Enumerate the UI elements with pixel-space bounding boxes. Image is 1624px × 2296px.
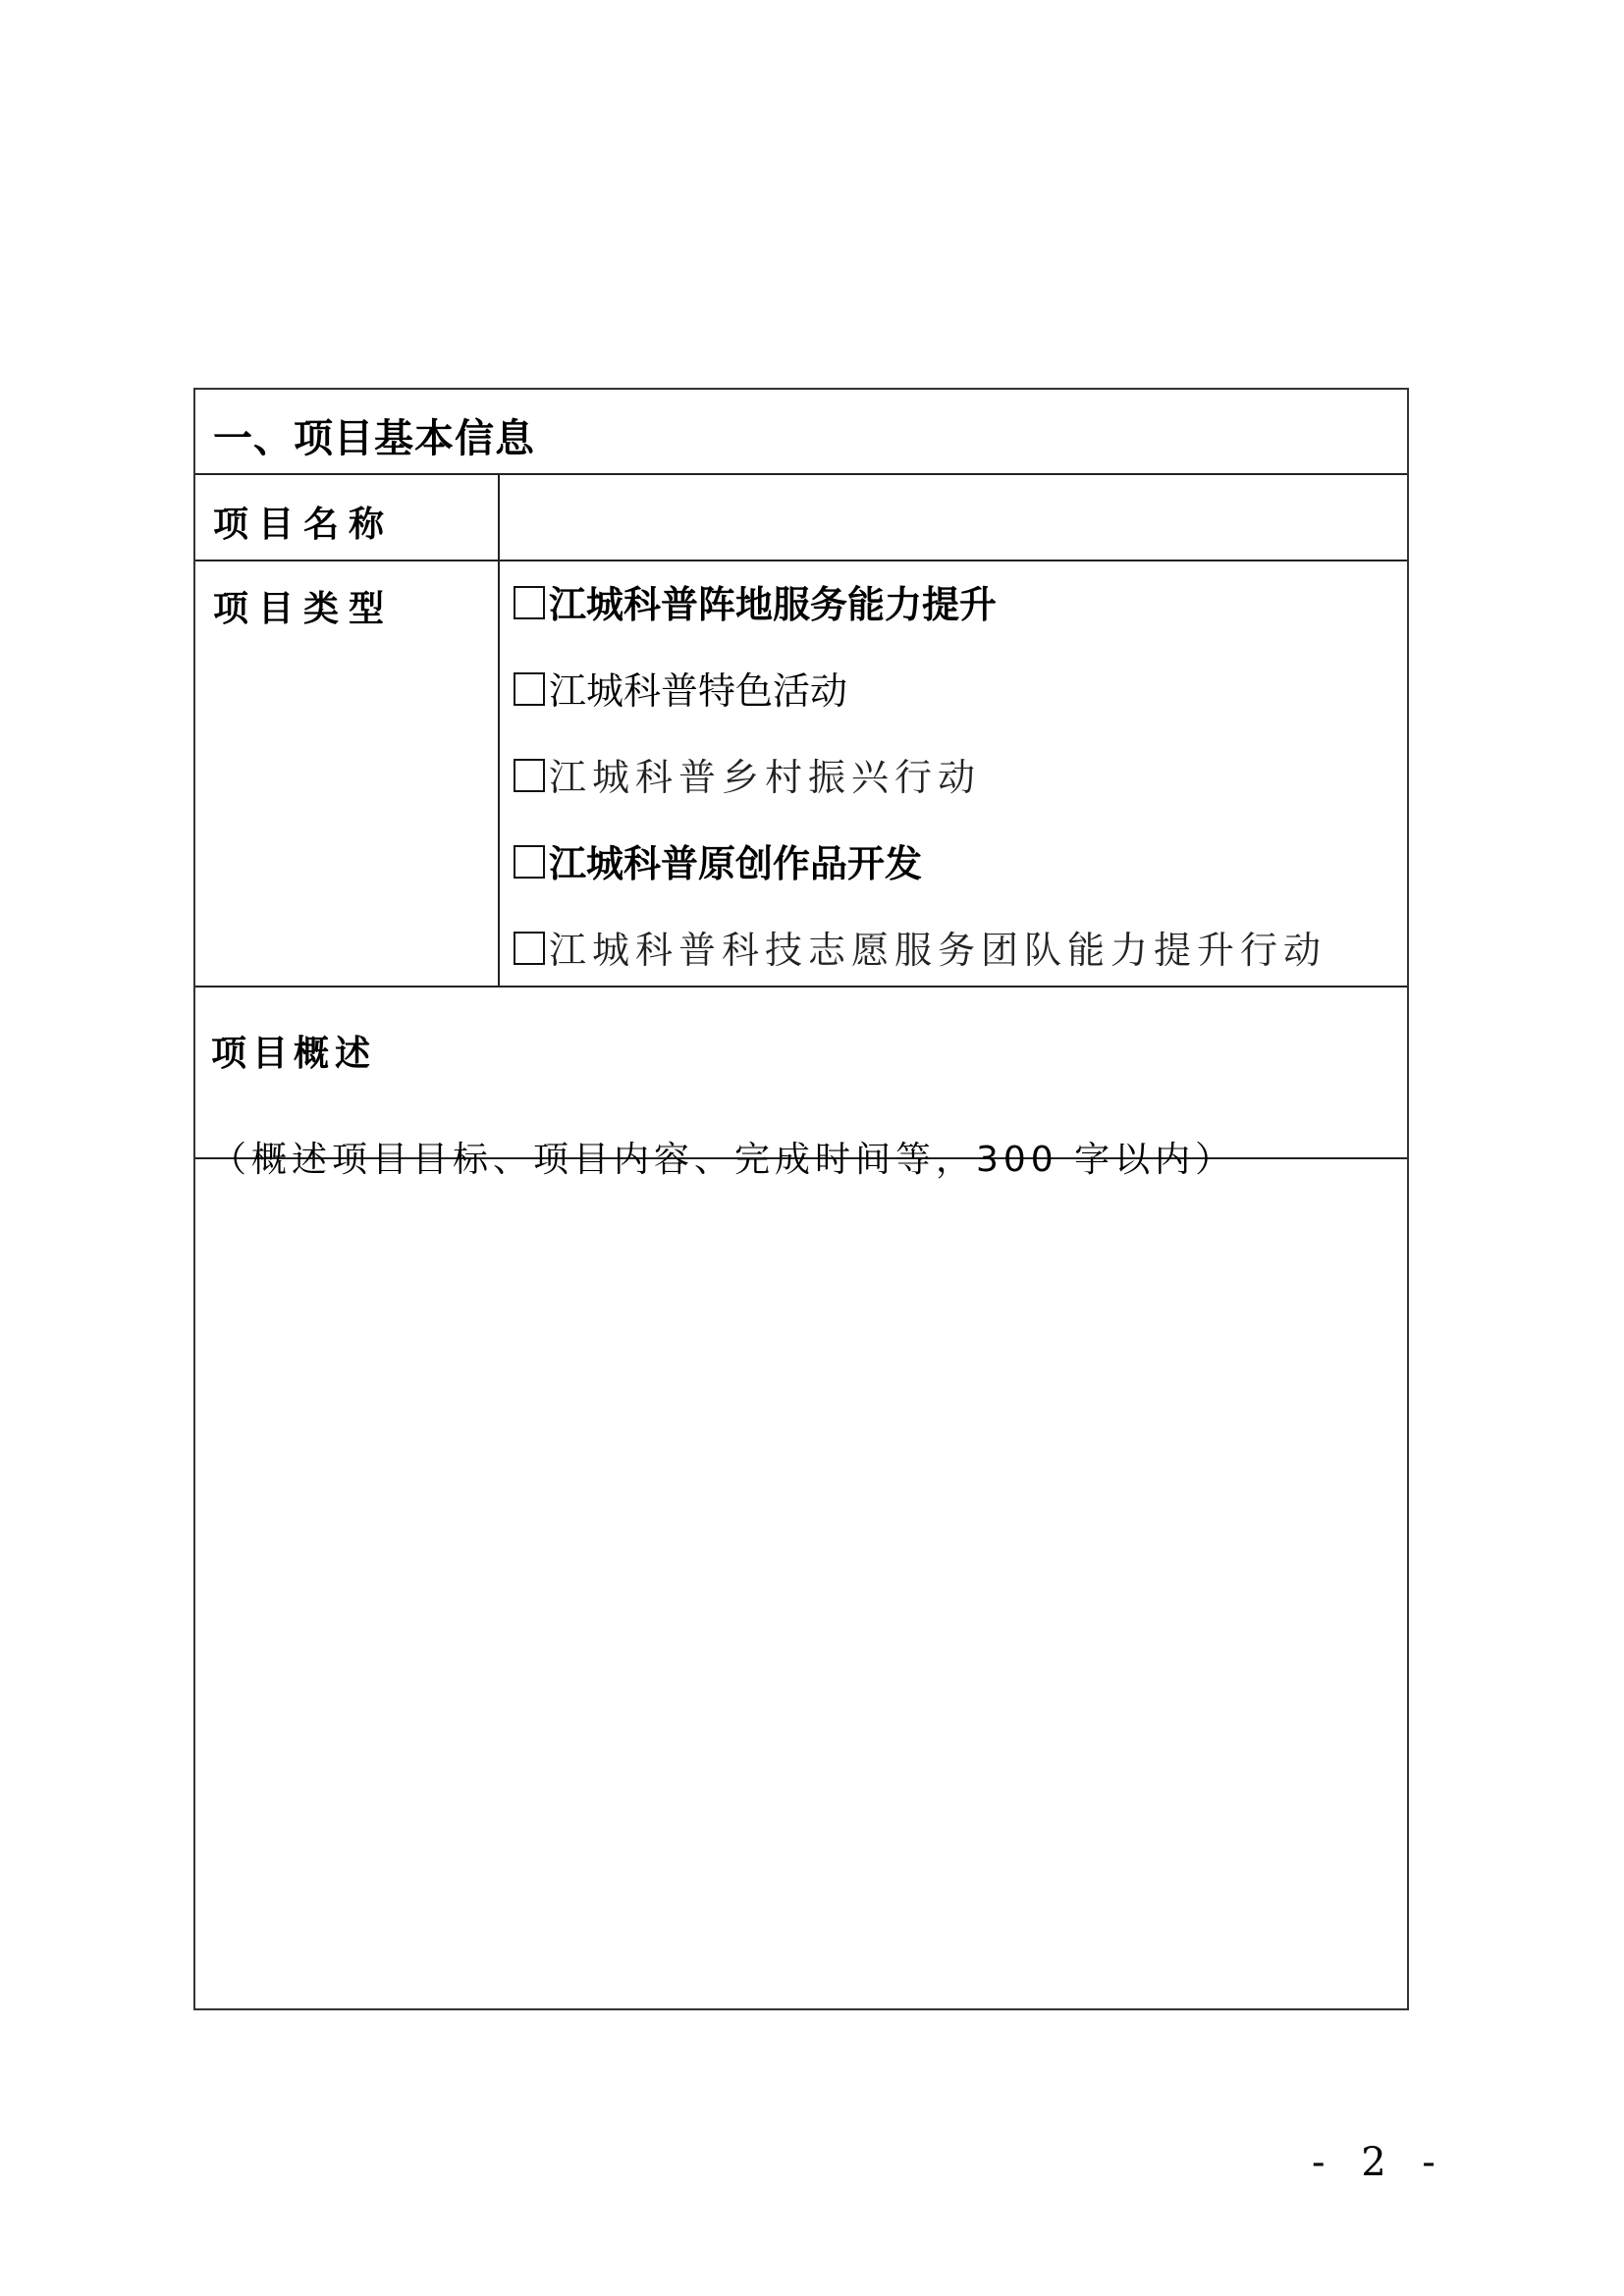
project-name-field[interactable] bbox=[502, 475, 1407, 560]
project-summary-label: 项目概述 bbox=[211, 1034, 376, 1074]
project-summary-field[interactable] bbox=[195, 1159, 1407, 2008]
project-name-row: 项目名称 bbox=[195, 475, 1407, 561]
checkbox-icon[interactable] bbox=[514, 672, 545, 706]
project-type-row: 项目类型 江城科普阵地服务能力提升 江城科普特色活动 江城科普乡村振兴行动 江城… bbox=[195, 561, 1407, 988]
option-label: 江城科普特色活动 bbox=[549, 669, 847, 713]
project-name-label: 项目名称 bbox=[213, 497, 394, 547]
page-number: - 2 - bbox=[1312, 2140, 1447, 2185]
column-divider bbox=[498, 561, 500, 986]
checkbox-icon[interactable] bbox=[514, 845, 545, 879]
checkbox-icon[interactable] bbox=[514, 586, 545, 619]
section-title: 一、项目基本信息 bbox=[213, 407, 535, 463]
section-header-row: 一、项目基本信息 bbox=[195, 390, 1407, 475]
checkbox-icon[interactable] bbox=[514, 759, 545, 792]
option-special-activity[interactable]: 江城科普特色活动 bbox=[514, 660, 1326, 746]
project-type-options: 江城科普阵地服务能力提升 江城科普特色活动 江城科普乡村振兴行动 江城科普原创作… bbox=[514, 573, 1326, 1005]
column-divider bbox=[498, 475, 500, 560]
option-label: 江城科普乡村振兴行动 bbox=[549, 756, 981, 799]
option-label: 江城科普阵地服务能力提升 bbox=[549, 583, 997, 626]
project-info-table: 一、项目基本信息 项目名称 项目类型 江城科普阵地服务能力提升 江城科普特色活动… bbox=[193, 388, 1409, 2010]
project-summary-header-row: 项目概述（概述项目目标、项目内容、完成时间等，300 字以内） bbox=[195, 988, 1407, 1159]
option-label: 江城科普科技志愿服务团队能力提升行动 bbox=[549, 929, 1326, 972]
option-rural-revitalization[interactable]: 江城科普乡村振兴行动 bbox=[514, 746, 1326, 832]
option-position-service[interactable]: 江城科普阵地服务能力提升 bbox=[514, 573, 1326, 660]
option-label: 江城科普原创作品开发 bbox=[549, 842, 922, 885]
option-original-works[interactable]: 江城科普原创作品开发 bbox=[514, 832, 1326, 919]
project-type-label: 项目类型 bbox=[213, 581, 394, 631]
checkbox-icon[interactable] bbox=[514, 932, 545, 965]
